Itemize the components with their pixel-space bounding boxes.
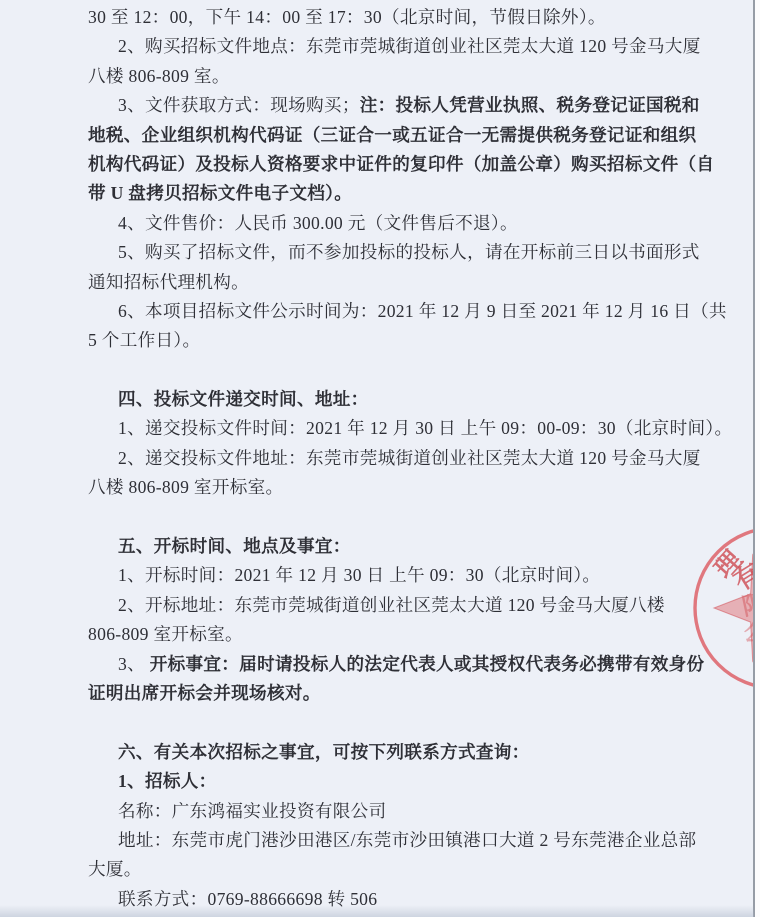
text-line: 2、开标地址：东莞市莞城街道创业社区莞太大道 120 号金马大厦八楼 [88, 591, 688, 620]
text-line: 地税、企业组织机构代码证（三证合一或五证合一无需提供税务登记证和组织 [88, 121, 688, 150]
text-segment: 名称：广东鸿福实业投资有限公司 [118, 801, 386, 821]
scan-right-margin [755, 0, 760, 917]
text-segment: 1、递交投标文件时间：2021 年 12 月 30 日 上午 09：00-09：… [118, 418, 732, 438]
bold-text-segment: 带 U 盘拷贝招标文件电子文档）。 [88, 183, 352, 203]
text-segment: 2、开标地址：东莞市莞城街道创业社区莞太大道 120 号金马大厦八楼 [118, 595, 665, 615]
text-line: 证明出席开标会并现场核对。 [88, 679, 688, 708]
text-segment: 3、文件获取方式：现场购买； [118, 95, 360, 115]
text-segment: 大厦。 [88, 859, 142, 879]
text-line: 806-809 室开标室。 [88, 620, 688, 649]
text-line: 2、递交投标文件地址：东莞市莞城街道创业社区莞太大道 120 号金马大厦 [88, 444, 688, 473]
text-line: 大厦。 [88, 855, 688, 884]
text-line: 1、开标时间：2021 年 12 月 30 日 上午 09：30（北京时间）。 [88, 561, 688, 590]
bold-text-segment: 证明出席开标会并现场核对。 [88, 683, 321, 703]
text-line: 五、开标时间、地点及事宜： [88, 532, 688, 561]
text-line: 2、购买招标文件地点：东莞市莞城街道创业社区莞太大道 120 号金马大厦 [88, 32, 688, 61]
text-line: 四、投标文件递交时间、地址： [88, 385, 688, 414]
bold-text-segment: 地税、企业组织机构代码证（三证合一或五证合一无需提供税务登记证和组织 [88, 125, 696, 145]
text-line: 5 个工作日）。 [88, 326, 688, 355]
text-segment: 6、本项目招标文件公示时间为：2021 年 12 月 9 日至 2021 年 1… [118, 301, 727, 321]
text-line: 通知招标代理机构。 [88, 268, 688, 297]
text-segment: 通知招标代理机构。 [88, 272, 249, 292]
bold-text-segment: 机构代码证）及投标人资格要求中证件的复印件（加盖公章）购买招标文件（自 [88, 154, 714, 174]
text-segment: 2、购买招标文件地点：东莞市莞城街道创业社区莞太大道 120 号金马大厦 [118, 36, 701, 56]
text-segment: 806-809 室开标室。 [88, 624, 243, 644]
bold-text-segment: 六、有关本次招标之事宜，可按下列联系方式查询： [118, 742, 530, 762]
bold-text-segment: 四、投标文件递交时间、地址： [118, 389, 369, 409]
red-seal-stamp: 理 有 限 公 [680, 512, 757, 704]
text-line: 地址：东莞市虎门港沙田港区/东莞市沙田镇港口大道 2 号东莞港企业总部 [88, 826, 688, 855]
text-segment: 八楼 806-809 室开标室。 [88, 477, 283, 497]
text-line: 六、有关本次招标之事宜，可按下列联系方式查询： [88, 738, 688, 767]
text-line: 3、 开标事宜：届时请投标人的法定代表人或其授权代表务必携带有效身份 [88, 650, 688, 679]
bold-text-segment: 注：投标人凭营业执照、税务登记证国税和 [360, 95, 700, 115]
text-line: 3、文件获取方式：现场购买；注：投标人凭营业执照、税务登记证国税和 [88, 91, 688, 120]
text-line: 带 U 盘拷贝招标文件电子文档）。 [88, 179, 688, 208]
text-segment: 3、 [118, 654, 150, 674]
text-segment: 1、开标时间：2021 年 12 月 30 日 上午 09：30（北京时间）。 [118, 565, 600, 585]
text-line: 八楼 806-809 室。 [88, 62, 688, 91]
text-line: 5、购买了招标文件，而不参加投标的投标人，请在开标前三日以书面形式 [88, 238, 688, 267]
text-line: 1、递交投标文件时间：2021 年 12 月 30 日 上午 09：00-09：… [88, 414, 688, 443]
document-body: 30 至 12：00，下午 14：00 至 17：30（北京时间，节假日除外）。… [88, 3, 688, 914]
text-line: 八楼 806-809 室开标室。 [88, 473, 688, 502]
text-segment: 地址：东莞市虎门港沙田港区/东莞市沙田镇港口大道 2 号东莞港企业总部 [118, 830, 696, 850]
bold-text-segment: 开标事宜：届时请投标人的法定代表人或其授权代表务必携带有效身份 [150, 654, 705, 674]
text-line: 机构代码证）及投标人资格要求中证件的复印件（加盖公章）购买招标文件（自 [88, 150, 688, 179]
text-segment: 5、购买了招标文件，而不参加投标的投标人，请在开标前三日以书面形式 [118, 242, 700, 262]
text-segment: 4、文件售价：人民币 300.00 元（文件售后不退）。 [118, 213, 518, 233]
text-line: 30 至 12：00，下午 14：00 至 17：30（北京时间，节假日除外）。 [88, 3, 688, 32]
text-segment: 5 个工作日）。 [88, 330, 200, 350]
text-line: 1、招标人： [88, 767, 688, 796]
bold-text-segment: 1、招标人： [118, 771, 217, 791]
text-line: 名称：广东鸿福实业投资有限公司 [88, 797, 688, 826]
text-segment: 30 至 12：00，下午 14：00 至 17：30（北京时间，节假日除外）。 [88, 7, 606, 27]
text-line: 6、本项目招标文件公示时间为：2021 年 12 月 9 日至 2021 年 1… [88, 297, 688, 326]
text-segment: 2、递交投标文件地址：东莞市莞城街道创业社区莞太大道 120 号金马大厦 [118, 448, 701, 468]
scan-bottom-shadow [0, 905, 754, 917]
bold-text-segment: 五、开标时间、地点及事宜： [118, 536, 351, 556]
text-line: 4、文件售价：人民币 300.00 元（文件售后不退）。 [88, 209, 688, 238]
document-page: 30 至 12：00，下午 14：00 至 17：30（北京时间，节假日除外）。… [0, 0, 760, 917]
text-segment: 八楼 806-809 室。 [88, 66, 230, 86]
